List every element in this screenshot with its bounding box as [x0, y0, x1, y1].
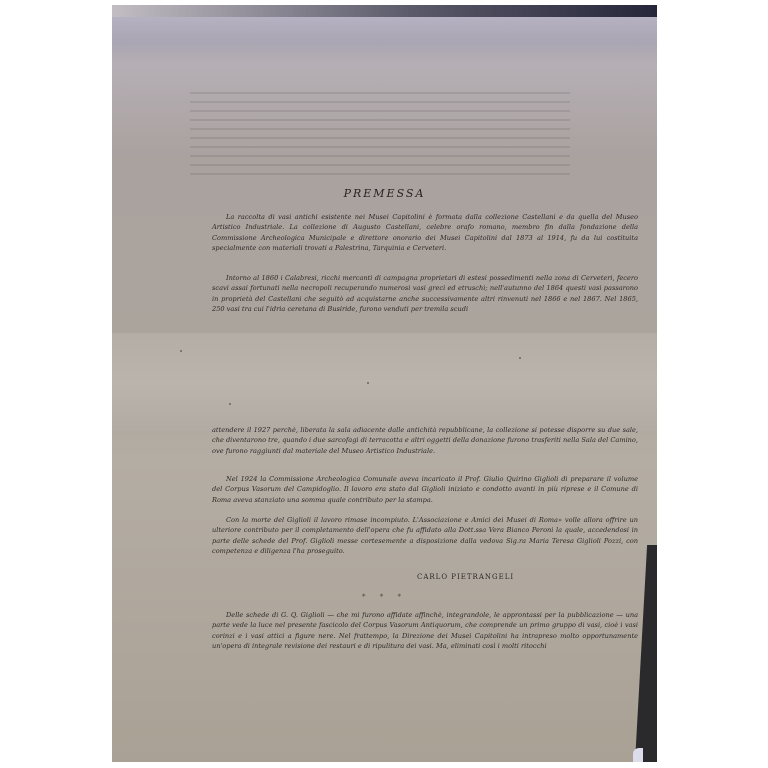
paper-speck: [519, 357, 521, 359]
paragraph-3: attendere il 1927 perchè, liberata la sa…: [212, 425, 638, 456]
paragraph-4: Nel 1924 la Commissione Archeologica Com…: [212, 474, 638, 505]
page-fold-band: [112, 333, 657, 433]
page-title: PREMESSA: [112, 187, 657, 200]
paragraph-6: Delle schede di G. Q. Giglioli — che mi …: [212, 610, 638, 652]
overleaf-page-shadow: [112, 11, 657, 61]
author-signature: CARLO PIETRANGELI: [417, 573, 514, 581]
dark-background-strip: [112, 5, 657, 17]
document-photo: PREMESSA La raccolta di vasi antichi esi…: [112, 5, 657, 762]
paper-speck: [367, 382, 369, 384]
paper-speck: [229, 403, 231, 405]
corner-highlight: [633, 748, 643, 762]
section-separator: * * *: [112, 593, 657, 601]
dark-right-edge: [635, 545, 657, 762]
paper-speck: [180, 350, 182, 352]
paragraph-5: Con la morte del Giglioli il lavoro rima…: [212, 515, 638, 557]
paragraph-2: Intorno al 1860 i Calabresi, ricchi merc…: [212, 273, 638, 315]
bleed-through-text: [190, 85, 570, 175]
paragraph-1: La raccolta di vasi antichi esistente ne…: [212, 212, 638, 254]
